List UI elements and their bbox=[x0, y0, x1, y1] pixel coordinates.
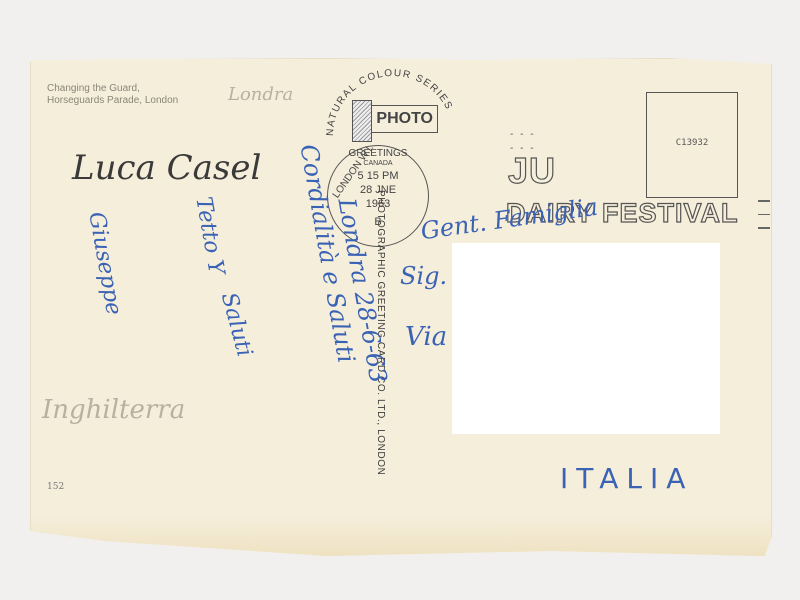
postmark-overprint-1: GREETINGS bbox=[336, 148, 420, 159]
redaction-box bbox=[452, 243, 720, 434]
slogan-line-1: JU bbox=[508, 150, 556, 192]
address-line-2: Sig. bbox=[400, 262, 447, 290]
card-number: 152 bbox=[47, 482, 64, 492]
postcard-caption: Changing the Guard, Horseguards Parade, … bbox=[47, 83, 178, 107]
cancel-bars bbox=[758, 200, 770, 241]
postmark-overprint-2: CANADA bbox=[336, 160, 420, 167]
stamp-box-code: C13932 bbox=[647, 138, 737, 148]
caption-line-1: Changing the Guard, bbox=[47, 83, 178, 95]
camera-icon bbox=[352, 100, 372, 142]
signature-black: Luca Casel bbox=[72, 148, 261, 188]
publisher-brand: PHOTO bbox=[376, 110, 433, 128]
caption-line-2: Horseguards Parade, London bbox=[47, 95, 178, 107]
stamp-box: C13932 bbox=[646, 92, 738, 198]
address-line-3: Via bbox=[405, 322, 447, 352]
address-country: ITALIA bbox=[560, 462, 693, 495]
pencil-country: Inghilterra bbox=[42, 395, 185, 425]
pencil-note-top: Londra bbox=[228, 84, 293, 105]
